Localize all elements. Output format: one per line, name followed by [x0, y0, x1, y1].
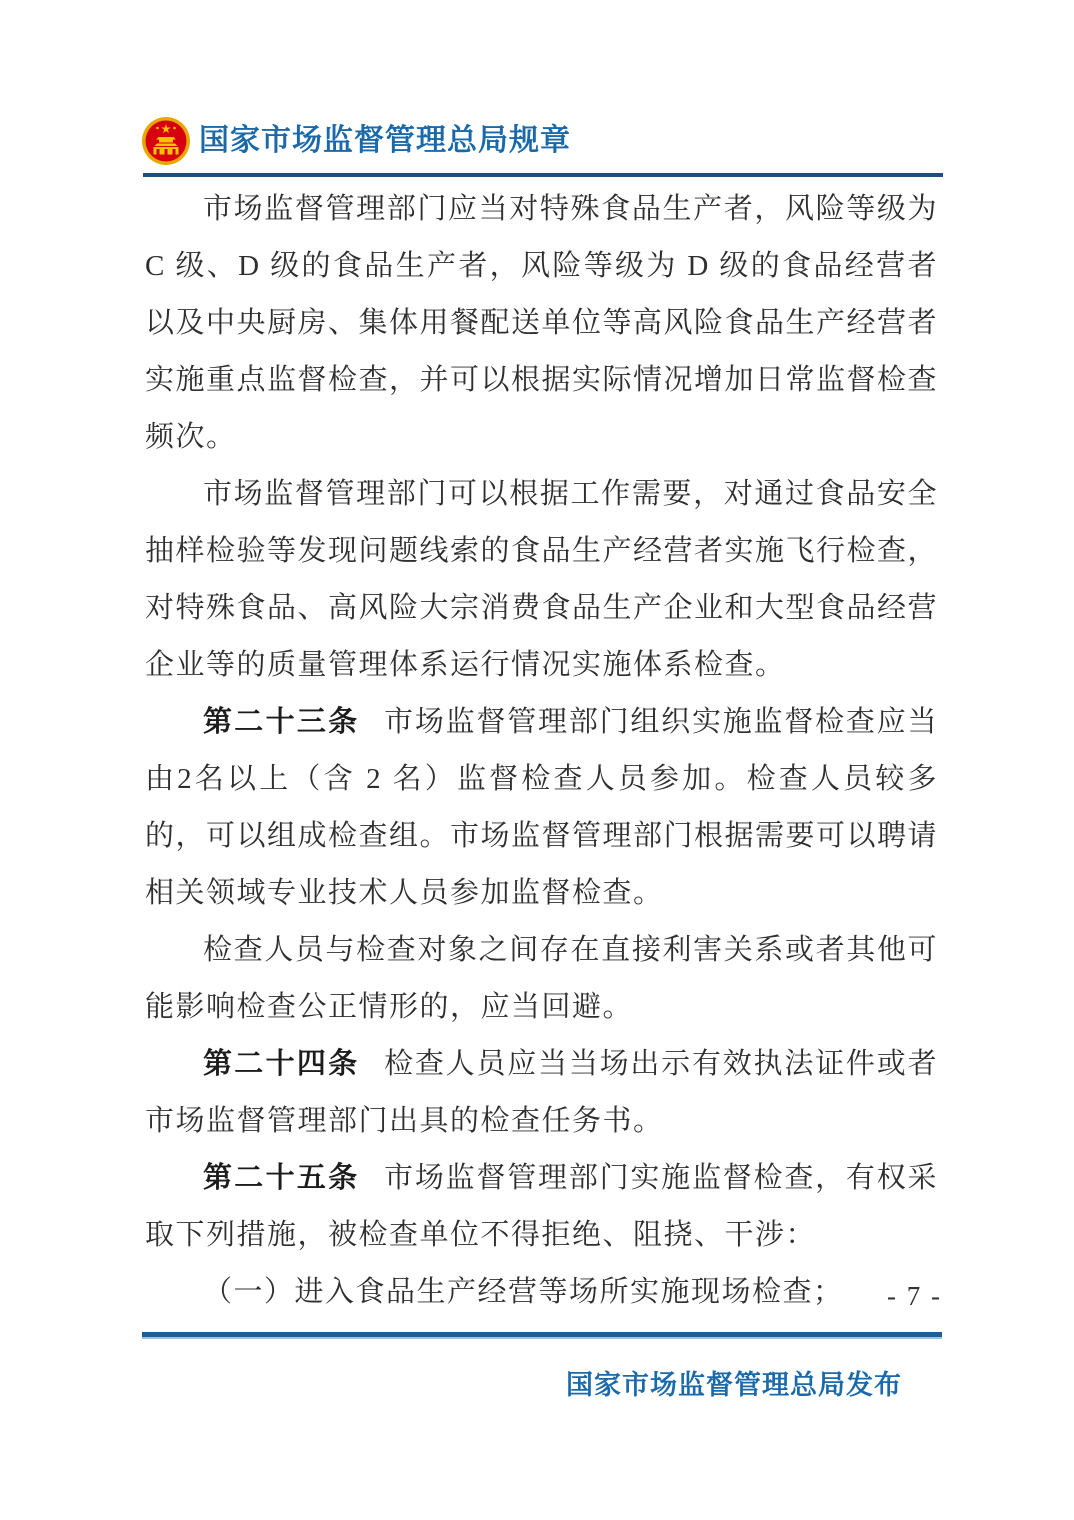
article-number-label: 第二十三条	[203, 706, 359, 738]
paragraph: 市场监督管理部门应当对特殊食品生产者，风险等级为 C 级、D 级的食品生产者，风…	[145, 181, 938, 466]
document-page: 国家市场监督管理总局规章 市场监督管理部门应当对特殊食品生产者，风险等级为 C …	[0, 0, 1074, 1520]
article-number-label: 第二十四条	[203, 1048, 359, 1080]
footer-publisher: 国家市场监督管理总局发布	[566, 1363, 902, 1402]
paragraph: 市场监督管理部门可以根据工作需要，对通过食品安全抽样检验等发现问题线索的食品生产…	[145, 466, 938, 694]
header-divider-line	[143, 173, 943, 177]
paragraph-text: 市场监督管理部门应当对特殊食品生产者，风险等级为 C 级、D 级的食品生产者，风…	[145, 193, 938, 453]
document-header-title: 国家市场监督管理总局规章	[199, 121, 571, 161]
page-number: - 7 -	[887, 1281, 942, 1312]
article-number-label: 第二十五条	[203, 1162, 359, 1194]
china-national-emblem-icon	[141, 116, 191, 166]
footer-divider-line	[142, 1332, 942, 1339]
document-body: 市场监督管理部门应当对特殊食品生产者，风险等级为 C 级、D 级的食品生产者，风…	[145, 181, 938, 1321]
paragraph-article-24: 第二十四条检查人员应当当场出示有效执法证件或者市场监督管理部门出具的检查任务书。	[145, 1036, 938, 1150]
paragraph-list-item: （一）进入食品生产经营等场所实施现场检查；	[145, 1264, 938, 1321]
paragraph-article-25: 第二十五条市场监督管理部门实施监督检查，有权采取下列措施，被检查单位不得拒绝、阻…	[145, 1150, 938, 1264]
paragraph: 检查人员与检查对象之间存在直接利害关系或者其他可能影响检查公正情形的，应当回避。	[145, 922, 938, 1036]
paragraph-article-23: 第二十三条市场监督管理部门组织实施监督检查应当由2名以上（含 2 名）监督检查人…	[145, 694, 938, 922]
paragraph-text: 检查人员与检查对象之间存在直接利害关系或者其他可能影响检查公正情形的，应当回避。	[145, 934, 938, 1023]
paragraph-text: （一）进入食品生产经营等场所实施现场检查；	[203, 1276, 844, 1308]
paragraph-text: 市场监督管理部门可以根据工作需要，对通过食品安全抽样检验等发现问题线索的食品生产…	[145, 478, 938, 681]
